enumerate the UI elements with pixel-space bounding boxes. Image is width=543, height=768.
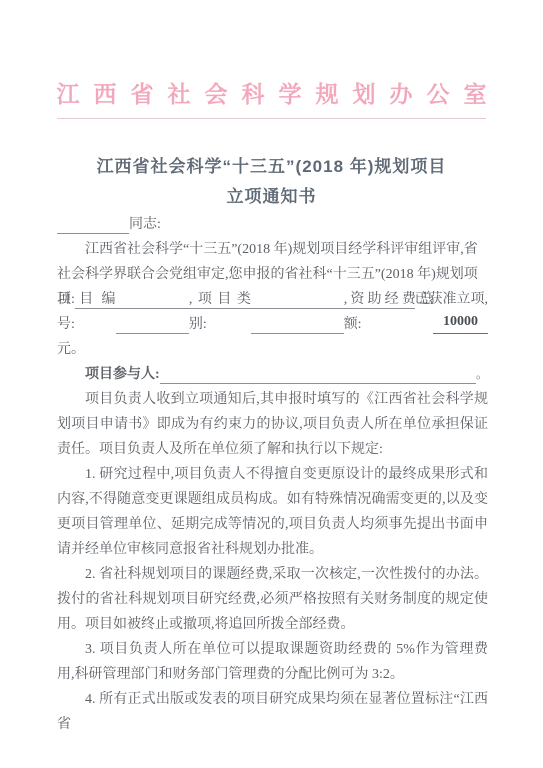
document-title-line2: 立项通知书 [0, 182, 543, 212]
category-label: ,项目类别: [189, 287, 251, 337]
comrade-name-blank [57, 233, 129, 234]
agreement-paragraph: 项目负责人收到立项通知后,其申报时填写的《江西省社会科学规划项目申请书》即成为有… [57, 387, 488, 462]
participants-blank [160, 383, 476, 384]
approval-line-4: 项目编号: ,项目类别: ,资助经费总额: 10000 [57, 312, 488, 337]
participants-label: 项目参与人: [85, 362, 160, 387]
rule-1: 1. 研究过程中,项目负责人不得擅自变更原设计的最终成果形式和内容,不得随意变更… [57, 462, 488, 562]
document-body: 同志: 江西省社会科学“十三五”(2018 年)规划项目经学科评审组评审,省 社… [57, 212, 488, 737]
project-no-blank [116, 333, 189, 334]
approval-line-5: 元。 [57, 337, 488, 362]
approval-line-1: 江西省社会科学“十三五”(2018 年)规划项目经学科评审组评审,省 [57, 237, 488, 262]
document-title-line1: 江西省社会科学“十三五”(2018 年)规划项目 [0, 152, 543, 182]
rule-2: 2. 省社科规划项目的课题经费,采取一次核定,一次性拨付的办法。拨付的省社科规划… [57, 562, 488, 637]
letterhead-divider [57, 118, 486, 119]
rule-3: 3. 项目负责人所在单位可以提取课题资助经费的 5%作为管理费用,科研管理部门和… [57, 637, 488, 687]
document-page: 江西省社会科学规划办公室 江西省社会科学“十三五”(2018 年)规划项目 立项… [0, 0, 543, 768]
rule-4: 4. 所有正式出版或发表的项目研究成果均须在显著位置标注“江西省 [57, 687, 488, 737]
funding-label: ,资助经费总额: [344, 287, 433, 337]
participants-period: 。 [476, 362, 488, 387]
approval-line-2: 社会科学界联合会党组审定,您申报的省社科“十三五”(2018 年)规划项 [57, 262, 488, 287]
salutation-label: 同志: [129, 212, 161, 237]
funding-amount-value: 10000 [433, 311, 488, 334]
salutation-line: 同志: [57, 212, 488, 237]
category-blank [251, 333, 344, 334]
letterhead-office-name: 江西省社会科学规划办公室 [0, 76, 543, 109]
document-title: 江西省社会科学“十三五”(2018 年)规划项目 立项通知书 [0, 152, 543, 212]
participants-line: 项目参与人: 。 [57, 362, 488, 387]
project-no-label: 项目编号: [57, 287, 116, 337]
